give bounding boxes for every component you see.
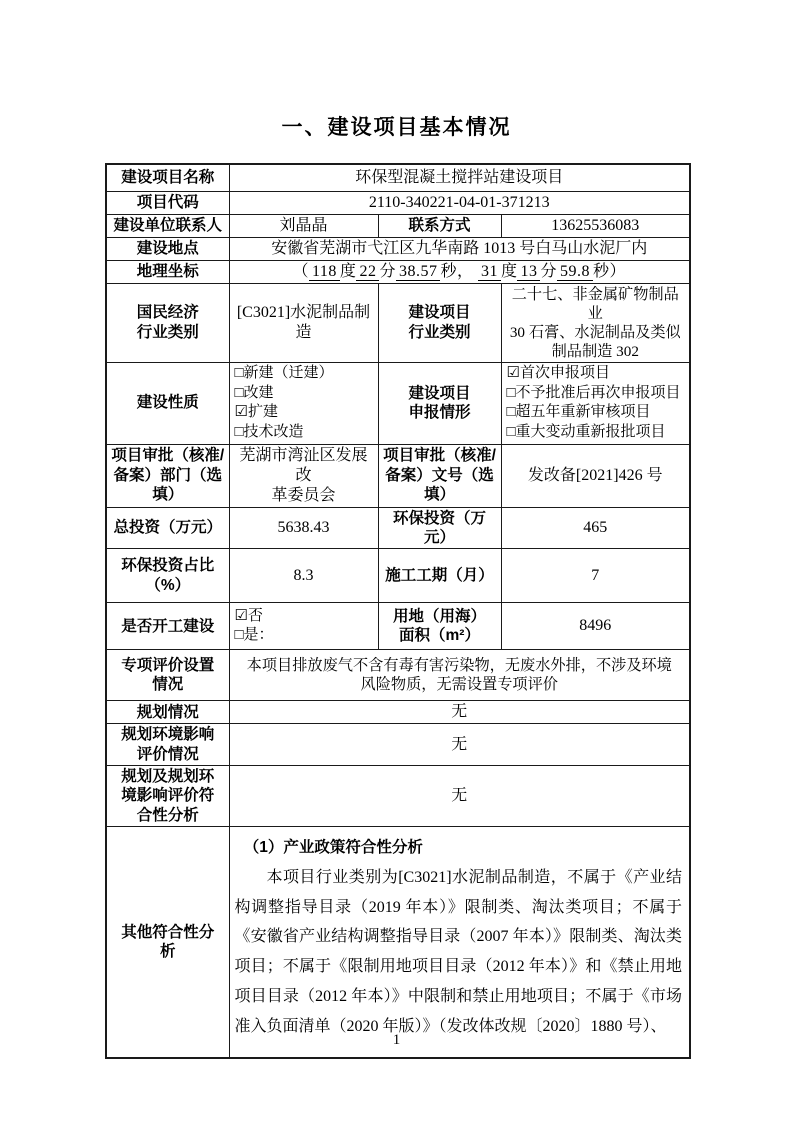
- label-project-name: 建设项目名称: [106, 164, 229, 191]
- label-location: 建设地点: [106, 237, 229, 260]
- label-declaration-type: 建设项目 申报情形: [378, 362, 501, 444]
- checkbox-option-major-change: □重大变动重新报批项目: [507, 423, 686, 443]
- coord-longitude-sec: 38.57: [396, 263, 441, 281]
- value-contact-person: 刘晶晶: [229, 214, 378, 237]
- row-project-name: 建设项目名称 环保型混凝土搅拌站建设项目: [106, 164, 690, 191]
- row-planning: 规划情况 无: [106, 701, 690, 724]
- label-planning-eia: 规划环境影响 评价情况: [106, 724, 229, 766]
- label-special-eval: 专项评价设置 情况: [106, 650, 229, 701]
- value-contact-phone: 13625536083: [501, 214, 690, 237]
- coord-part: 度: [501, 263, 518, 280]
- checkbox-option-tech: □技术改造: [235, 423, 374, 443]
- coord-latitude-min: 13: [517, 263, 540, 281]
- value-approval-dept: 芜湖市湾沚区发展改 革委员会: [229, 444, 378, 507]
- row-env-ratio: 环保投资占比 （%） 8.3 施工工期（月） 7: [106, 549, 690, 603]
- row-special-eval: 专项评价设置 情况 本项目排放废气不含有毒有害污染物，无废水外排，不涉及环境 风…: [106, 650, 690, 701]
- row-planning-eia: 规划环境影响 评价情况 无: [106, 724, 690, 766]
- label-project-industry: 建设项目 行业类别: [378, 283, 501, 362]
- checkbox-option-first: ☑首次申报项目: [507, 364, 686, 384]
- row-location: 建设地点 安徽省芜湖市弋江区九华南路 1013 号白马山水泥厂内: [106, 237, 690, 260]
- construction-nature-options: □新建（迁建） □改建 ☑扩建 □技术改造: [229, 362, 378, 444]
- value-planning-eia: 无: [229, 724, 690, 766]
- label-env-investment: 环保投资（万 元）: [378, 507, 501, 549]
- coord-longitude-min: 22: [356, 263, 379, 281]
- label-project-code: 项目代码: [106, 191, 229, 214]
- label-planning: 规划情况: [106, 701, 229, 724]
- row-contact: 建设单位联系人 刘晶晶 联系方式 13625536083: [106, 214, 690, 237]
- value-total-investment: 5638.43: [229, 507, 378, 549]
- coord-part: 度: [340, 263, 357, 280]
- analysis-paragraph: 本项目行业类别为[C3021]水泥制品制造，不属于《产业结构调整指导目录（201…: [235, 863, 683, 1042]
- document-page: 一、建设项目基本情况 建设项目名称 环保型混凝土搅拌站建设项目 项目代码 211…: [0, 0, 793, 1122]
- checkbox-option-resubmit: □不予批准后再次申报项目: [507, 384, 686, 404]
- row-approval: 项目审批（核准/ 备案）部门（选 填） 芜湖市湾沚区发展改 革委员会 项目审批（…: [106, 444, 690, 507]
- value-construction-period: 7: [501, 549, 690, 603]
- label-construction-period: 施工工期（月）: [378, 549, 501, 603]
- label-national-industry: 国民经济 行业类别: [106, 283, 229, 362]
- label-started: 是否开工建设: [106, 603, 229, 650]
- checkbox-option-yes: □是：: [235, 626, 374, 646]
- analysis-heading: （1）产业政策符合性分析: [235, 834, 683, 863]
- value-special-eval: 本项目排放废气不含有毒有害污染物，无废水外排，不涉及环境 风险物质，无需设置专项…: [229, 650, 690, 701]
- value-planning-conformity: 无: [229, 766, 690, 827]
- checkbox-option-new: □新建（迁建）: [235, 364, 374, 384]
- coord-part: （: [293, 263, 310, 280]
- label-env-ratio: 环保投资占比 （%）: [106, 549, 229, 603]
- coord-part: 分: [540, 263, 557, 280]
- declaration-type-options: ☑首次申报项目 □不予批准后再次申报项目 □超五年重新审核项目 □重大变动重新报…: [501, 362, 690, 444]
- coord-latitude-sec: 59.8: [557, 263, 593, 281]
- value-national-industry: [C3021]水泥制品制造: [229, 283, 378, 362]
- value-env-investment: 465: [501, 507, 690, 549]
- project-info-table: 建设项目名称 环保型混凝土搅拌站建设项目 项目代码 2110-340221-04…: [105, 163, 691, 1059]
- page-title: 一、建设项目基本情况: [0, 111, 793, 141]
- coord-longitude-deg: 118: [309, 263, 340, 281]
- coord-part: 秒，: [440, 263, 473, 280]
- checkbox-option-no: ☑否: [235, 607, 374, 627]
- coord-part: 秒）: [593, 263, 626, 280]
- value-coordinates: （118度22分38.57秒， 31度13分59.8秒）: [229, 260, 690, 283]
- row-project-code: 项目代码 2110-340221-04-01-371213: [106, 191, 690, 214]
- label-construction-nature: 建设性质: [106, 362, 229, 444]
- row-other-analysis: 其他符合性分 析 （1）产业政策符合性分析 本项目行业类别为[C3021]水泥制…: [106, 827, 690, 1058]
- other-analysis-content: （1）产业政策符合性分析 本项目行业类别为[C3021]水泥制品制造，不属于《产…: [229, 827, 690, 1058]
- row-planning-conformity: 规划及规划环 境影响评价符 合性分析 无: [106, 766, 690, 827]
- value-planning: 无: [229, 701, 690, 724]
- value-land-area: 8496: [501, 603, 690, 650]
- label-planning-conformity: 规划及规划环 境影响评价符 合性分析: [106, 766, 229, 827]
- label-approval-doc-no: 项目审批（核准/ 备案）文号（选 填）: [378, 444, 501, 507]
- coord-part: 分: [379, 263, 396, 280]
- started-options: ☑否 □是：: [229, 603, 378, 650]
- label-contact-phone: 联系方式: [378, 214, 501, 237]
- page-number: 1: [0, 1032, 793, 1049]
- row-started: 是否开工建设 ☑否 □是： 用地（用海） 面积（m²） 8496: [106, 603, 690, 650]
- row-industry: 国民经济 行业类别 [C3021]水泥制品制造 建设项目 行业类别 二十七、非金…: [106, 283, 690, 362]
- value-project-code: 2110-340221-04-01-371213: [229, 191, 690, 214]
- label-approval-dept: 项目审批（核准/ 备案）部门（选 填）: [106, 444, 229, 507]
- label-land-area: 用地（用海） 面积（m²）: [378, 603, 501, 650]
- value-project-name: 环保型混凝土搅拌站建设项目: [229, 164, 690, 191]
- label-total-investment: 总投资（万元）: [106, 507, 229, 549]
- row-investment: 总投资（万元） 5638.43 环保投资（万 元） 465: [106, 507, 690, 549]
- checkbox-option-expand: ☑扩建: [235, 403, 374, 423]
- value-project-industry: 二十七、非金属矿物制品业 30 石膏、水泥制品及类似 制品制造 302: [501, 283, 690, 362]
- row-coordinates: 地理坐标 （118度22分38.57秒， 31度13分59.8秒）: [106, 260, 690, 283]
- checkbox-option-rebuild: □改建: [235, 384, 374, 404]
- value-env-ratio: 8.3: [229, 549, 378, 603]
- coord-latitude-deg: 31: [478, 263, 501, 281]
- label-contact-person: 建设单位联系人: [106, 214, 229, 237]
- checkbox-option-recheck: □超五年重新审核项目: [507, 403, 686, 423]
- row-construction-nature: 建设性质 □新建（迁建） □改建 ☑扩建 □技术改造 建设项目 申报情形 ☑首次…: [106, 362, 690, 444]
- value-location: 安徽省芜湖市弋江区九华南路 1013 号白马山水泥厂内: [229, 237, 690, 260]
- label-other-analysis: 其他符合性分 析: [106, 827, 229, 1058]
- label-coordinates: 地理坐标: [106, 260, 229, 283]
- value-approval-doc-no: 发改备[2021]426 号: [501, 444, 690, 507]
